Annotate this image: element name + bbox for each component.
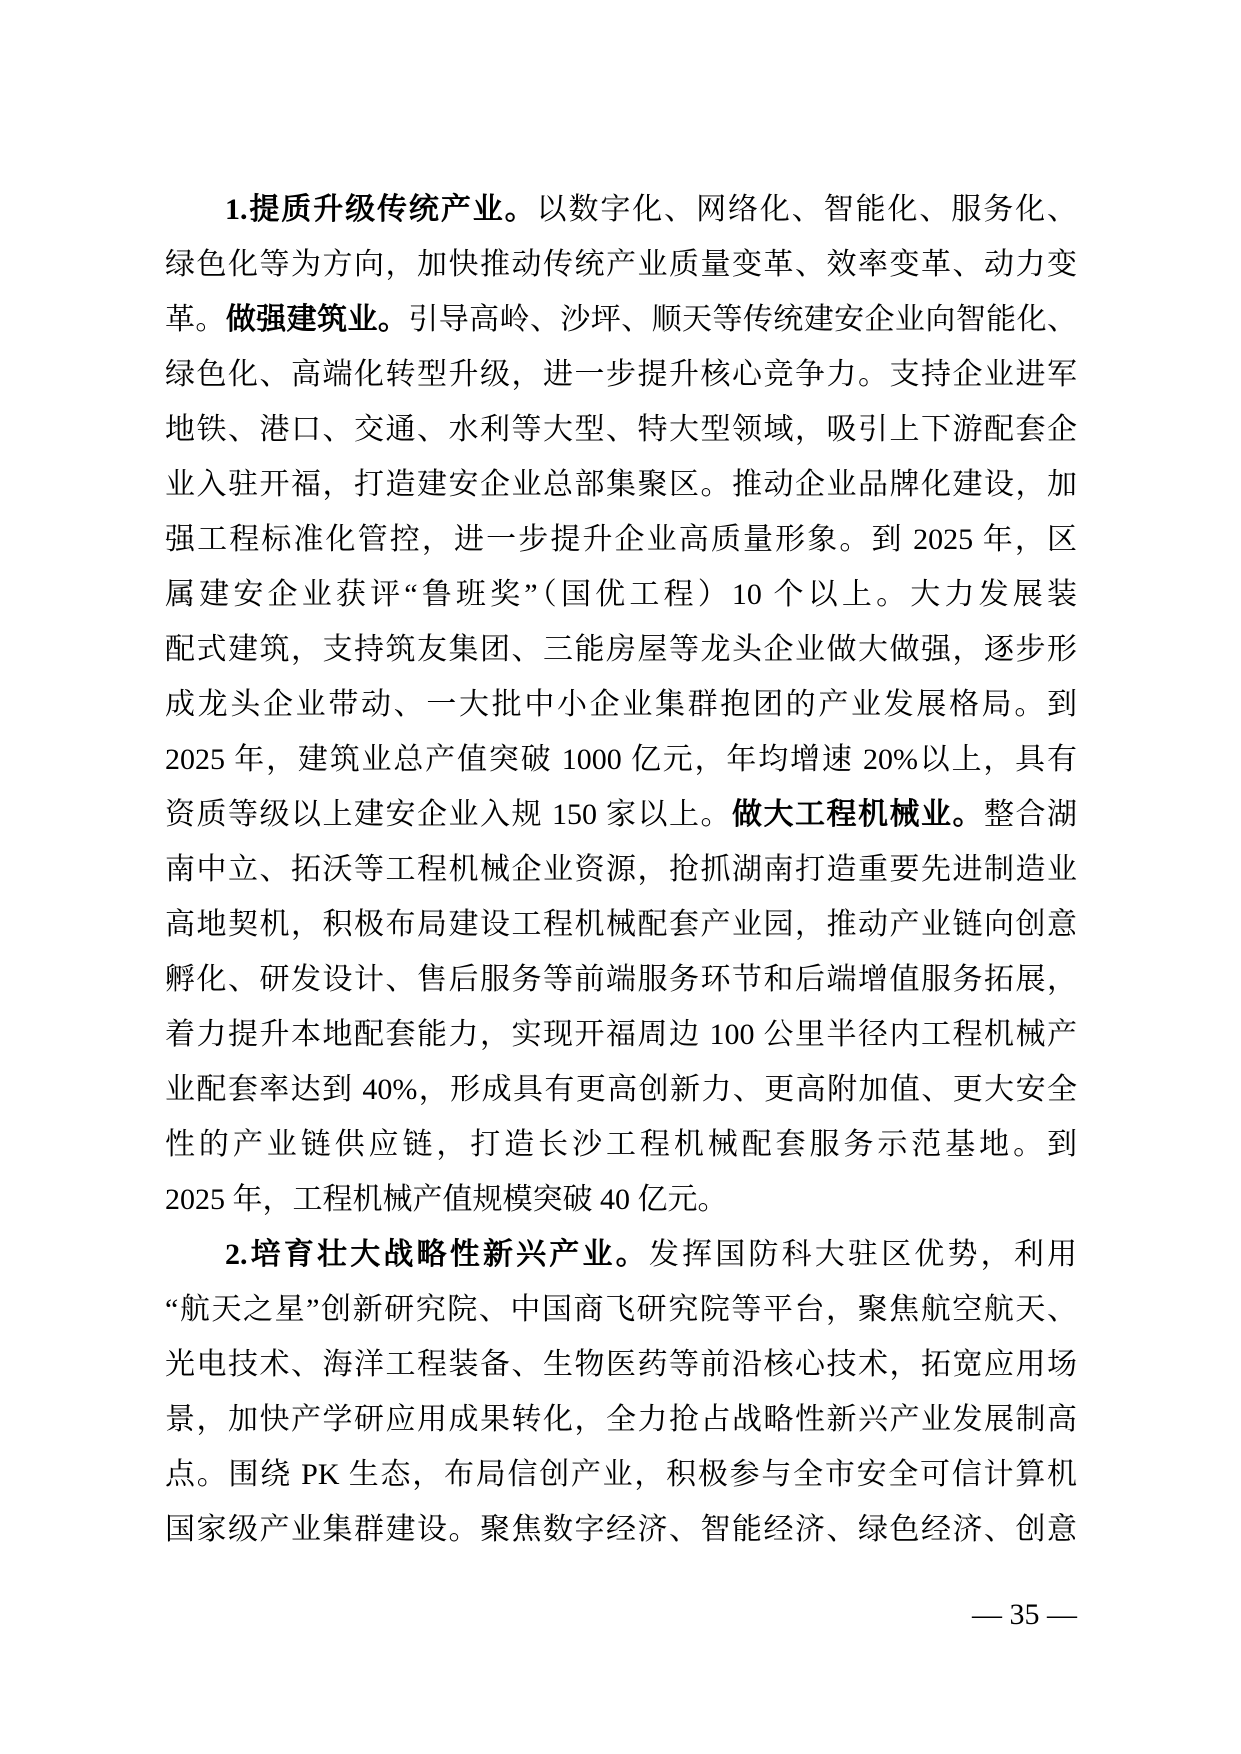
- text-line: 绿色化等为方向，加快推动传统产业质量变革、效率变革、动力变: [165, 237, 1077, 292]
- text-line: 配式建筑，支持筑友集团、三能房屋等龙头企业做大做强，逐步形: [165, 622, 1077, 677]
- paragraph: 2.培育壮大战略性新兴产业。发挥国防科大驻区优势，利用“航天之星”创新研究院、中…: [165, 1227, 1077, 1557]
- text-run: 以数字化、网络化、智能化、服务化、: [537, 193, 1077, 226]
- text-run: 革。: [165, 303, 226, 336]
- text-run: 属建安企业获评“鲁班奖”（国优工程）10 个以上。大力发展装: [165, 578, 1077, 611]
- text-line: 属建安企业获评“鲁班奖”（国优工程）10 个以上。大力发展装: [165, 567, 1077, 622]
- text-run: 2025 年，建筑业总产值突破 1000 亿元，年均增速 20%以上，具有: [165, 743, 1077, 776]
- text-line: 资质等级以上建安企业入规 150 家以上。做大工程机械业。整合湖: [165, 787, 1077, 842]
- text-line: 国家级产业集群建设。聚焦数字经济、智能经济、绿色经济、创意: [165, 1502, 1077, 1557]
- text-run: 引导高岭、沙坪、顺天等传统建安企业向智能化、: [408, 303, 1077, 336]
- text-run: 景，加快产学研应用成果转化，全力抢占战略性新兴产业发展制高: [165, 1403, 1077, 1436]
- text-line: “航天之星”创新研究院、中国商飞研究院等平台，聚焦航空航天、: [165, 1282, 1077, 1337]
- text-line: 点。围绕 PK 生态，布局信创产业，积极参与全市安全可信计算机: [165, 1447, 1077, 1502]
- text-run: 成龙头企业带动、一大批中小企业集群抱团的产业发展格局。到: [165, 688, 1077, 721]
- text-line: 光电技术、海洋工程装备、生物医药等前沿核心技术，拓宽应用场: [165, 1337, 1077, 1392]
- text-line: 性的产业链供应链，打造长沙工程机械配套服务示范基地。到: [165, 1117, 1077, 1172]
- text-run: 发挥国防科大驻区优势，利用: [649, 1238, 1077, 1271]
- text-run: 强工程标准化管控，进一步提升企业高质量形象。到 2025 年，区: [165, 523, 1077, 556]
- paragraph: 1.提质升级传统产业。以数字化、网络化、智能化、服务化、绿色化等为方向，加快推动…: [165, 182, 1077, 1227]
- text-line: 2025 年，建筑业总产值突破 1000 亿元，年均增速 20%以上，具有: [165, 732, 1077, 787]
- text-line: 景，加快产学研应用成果转化，全力抢占战略性新兴产业发展制高: [165, 1392, 1077, 1447]
- text-line: 孵化、研发设计、售后服务等前端服务环节和后端增值服务拓展，: [165, 952, 1077, 1007]
- text-run: 整合湖: [984, 798, 1077, 831]
- text-run: 着力提升本地配套能力，实现开福周边 100 公里半径内工程机械产: [165, 1018, 1077, 1051]
- text-line: 绿色化、高端化转型升级，进一步提升核心竞争力。支持企业进军: [165, 347, 1077, 402]
- text-run: 地铁、港口、交通、水利等大型、特大型领域，吸引上下游配套企: [165, 413, 1077, 446]
- page-number: — 35 —: [165, 1596, 1077, 1634]
- text-line: 成龙头企业带动、一大批中小企业集群抱团的产业发展格局。到: [165, 677, 1077, 732]
- text-run: 光电技术、海洋工程装备、生物医药等前沿核心技术，拓宽应用场: [165, 1348, 1077, 1381]
- text-run: 绿色化、高端化转型升级，进一步提升核心竞争力。支持企业进军: [165, 358, 1077, 391]
- text-run: 性的产业链供应链，打造长沙工程机械配套服务示范基地。到: [165, 1128, 1077, 1161]
- bold-text-run: 做大工程机械业。: [732, 798, 984, 831]
- bold-text-run: 2.培育壮大战略性新兴产业。: [225, 1238, 649, 1271]
- text-line: 2.培育壮大战略性新兴产业。发挥国防科大驻区优势，利用: [165, 1227, 1077, 1282]
- text-run: 国家级产业集群建设。聚焦数字经济、智能经济、绿色经济、创意: [165, 1513, 1077, 1546]
- text-line: 1.提质升级传统产业。以数字化、网络化、智能化、服务化、: [165, 182, 1077, 237]
- text-line: 革。做强建筑业。引导高岭、沙坪、顺天等传统建安企业向智能化、: [165, 292, 1077, 347]
- text-run: 南中立、拓沃等工程机械企业资源，抢抓湖南打造重要先进制造业: [165, 853, 1077, 886]
- text-run: 业配套率达到 40%，形成具有更高创新力、更高附加值、更大安全: [165, 1073, 1077, 1106]
- text-run: 2025 年，工程机械产值规模突破 40 亿元。: [165, 1183, 728, 1216]
- document-body: 1.提质升级传统产业。以数字化、网络化、智能化、服务化、绿色化等为方向，加快推动…: [165, 182, 1077, 1557]
- bold-text-run: 做强建筑业。: [226, 303, 408, 336]
- text-line: 南中立、拓沃等工程机械企业资源，抢抓湖南打造重要先进制造业: [165, 842, 1077, 897]
- text-line: 业入驻开福，打造建安企业总部集聚区。推动企业品牌化建设，加: [165, 457, 1077, 512]
- text-run: 高地契机，积极布局建设工程机械配套产业园，推动产业链向创意: [165, 908, 1077, 941]
- text-line: 地铁、港口、交通、水利等大型、特大型领域，吸引上下游配套企: [165, 402, 1077, 457]
- document-page: 1.提质升级传统产业。以数字化、网络化、智能化、服务化、绿色化等为方向，加快推动…: [0, 0, 1241, 1754]
- text-run: 配式建筑，支持筑友集团、三能房屋等龙头企业做大做强，逐步形: [165, 633, 1077, 666]
- text-line: 业配套率达到 40%，形成具有更高创新力、更高附加值、更大安全: [165, 1062, 1077, 1117]
- text-run: 点。围绕 PK 生态，布局信创产业，积极参与全市安全可信计算机: [165, 1458, 1077, 1491]
- text-line: 高地契机，积极布局建设工程机械配套产业园，推动产业链向创意: [165, 897, 1077, 952]
- text-line: 着力提升本地配套能力，实现开福周边 100 公里半径内工程机械产: [165, 1007, 1077, 1062]
- text-run: 业入驻开福，打造建安企业总部集聚区。推动企业品牌化建设，加: [165, 468, 1077, 501]
- bold-text-run: 1.提质升级传统产业。: [225, 193, 537, 226]
- text-run: “航天之星”创新研究院、中国商飞研究院等平台，聚焦航空航天、: [165, 1293, 1077, 1326]
- text-run: 绿色化等为方向，加快推动传统产业质量变革、效率变革、动力变: [165, 248, 1077, 281]
- text-run: 资质等级以上建安企业入规 150 家以上。: [165, 798, 732, 831]
- text-run: 孵化、研发设计、售后服务等前端服务环节和后端增值服务拓展，: [165, 963, 1077, 996]
- text-line: 2025 年，工程机械产值规模突破 40 亿元。: [165, 1172, 1077, 1227]
- text-line: 强工程标准化管控，进一步提升企业高质量形象。到 2025 年，区: [165, 512, 1077, 567]
